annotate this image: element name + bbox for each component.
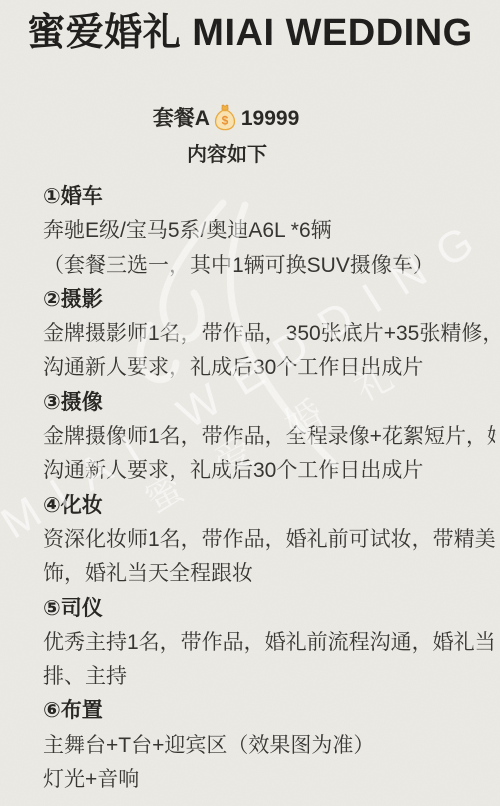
section-text: （套餐三选一，其中1辆可换SUV摄像车） [43, 249, 496, 283]
package-price: 19999 [241, 107, 299, 130]
section-text: 奔驰E级/宝马5系/奥迪A6L *6辆 [43, 214, 496, 248]
money-bag-icon: $ [213, 104, 238, 131]
section-text: 沟通新人要求，礼成后30个工作日出成片 [43, 351, 496, 385]
contents-subtitle: 内容如下 [0, 142, 454, 169]
section-text: 饰，婚礼当天全程跟妆 [43, 557, 496, 591]
section-heading-emcee: ⑤司仪 [43, 592, 496, 626]
wedding-package-poster: 蜜爱婚礼 MIAI WEDDING 套餐A $ 19999 内容如下 ①婚车 奔… [0, 0, 500, 806]
section-heading-wedding-cars: ①婚车 [43, 180, 496, 214]
section-text: 优秀主持1名，带作品，婚礼前流程沟通，婚礼当天彩 [43, 626, 496, 660]
section-text: 资深化妆师1名，带作品，婚礼前可试妆，带精美头 [43, 523, 496, 557]
section-text: 金牌摄像师1名，带作品，全程录像+花絮短片，婚前 [43, 420, 496, 454]
page-title: 蜜爱婚礼 MIAI WEDDING [0, 12, 500, 54]
section-text: 沟通新人要求，礼成后30个工作日出成片 [43, 454, 496, 488]
package-name: 套餐A [153, 107, 210, 130]
section-text: 排、主持 [43, 660, 496, 694]
section-text: 主舞台+T台+迎宾区（效果图为准） [43, 729, 496, 763]
package-sections: ①婚车 奔驰E级/宝马5系/奥迪A6L *6辆 （套餐三选一，其中1辆可换SUV… [43, 180, 496, 797]
section-text: 灯光+音响 [43, 763, 496, 797]
section-heading-decoration: ⑥布置 [43, 694, 496, 728]
section-heading-makeup: ④化妆 [43, 489, 496, 523]
section-heading-photography: ②摄影 [43, 283, 496, 317]
package-price-line: 套餐A $ 19999 [0, 104, 452, 134]
svg-text:$: $ [222, 114, 229, 128]
poster-content: 蜜爱婚礼 MIAI WEDDING 套餐A $ 19999 内容如下 ①婚车 奔… [0, 0, 500, 806]
section-heading-videography: ③摄像 [43, 386, 496, 420]
section-text: 金牌摄影师1名，带作品，350张底片+35张精修，婚前 [43, 317, 496, 351]
